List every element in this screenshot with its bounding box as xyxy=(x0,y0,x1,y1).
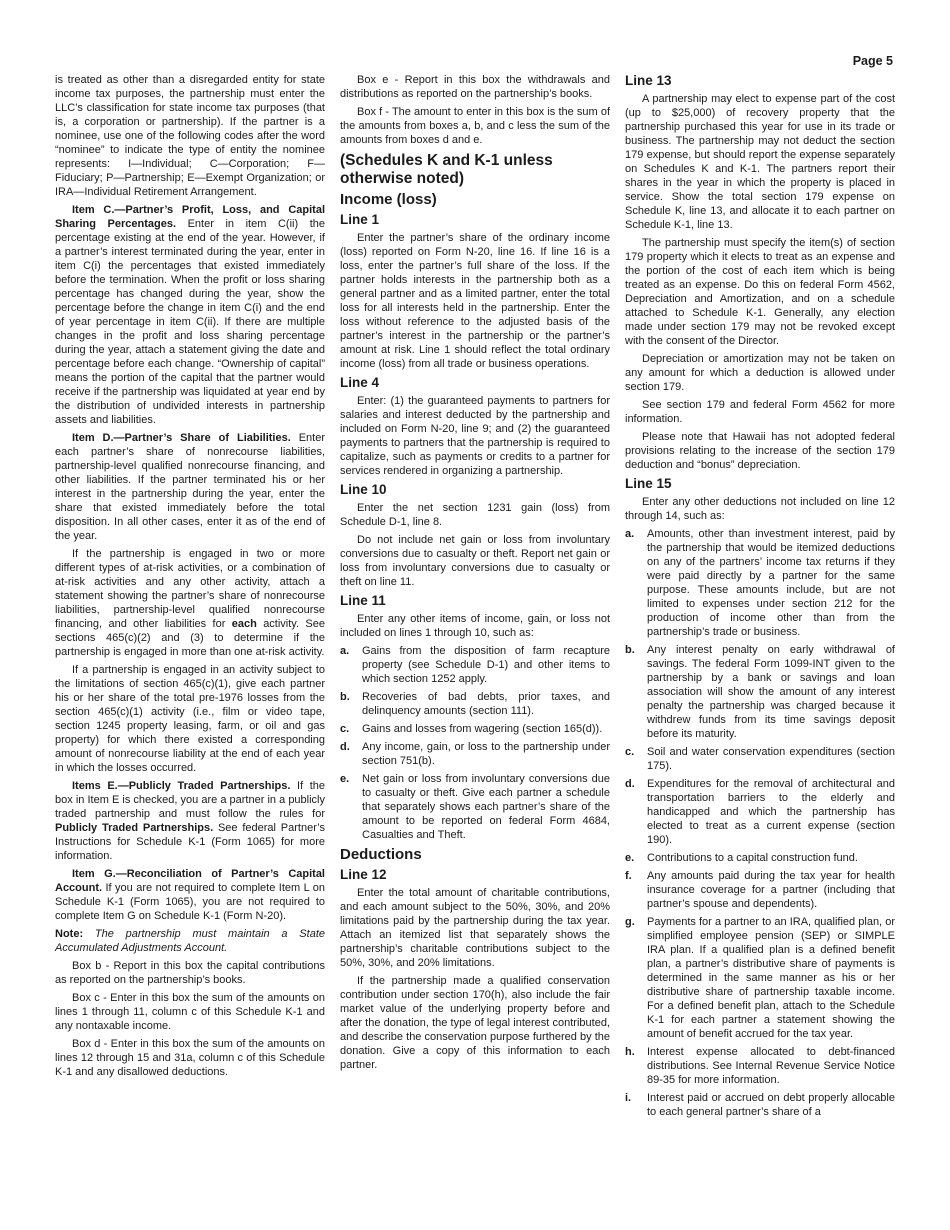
text-segment: Note: xyxy=(55,928,95,940)
paragraph: If a partnership is engaged in an activi… xyxy=(55,663,325,775)
columns-container: is treated as other than a disregarded e… xyxy=(55,73,895,1123)
paragraph: Box c - Enter in this box the sum of the… xyxy=(55,991,325,1033)
list-marker: f. xyxy=(625,869,647,911)
paragraph: Enter: (1) the guaranteed payments to pa… xyxy=(340,394,610,478)
text-segment: Enter the total amount of charitable con… xyxy=(340,887,610,969)
paragraph: Do not include net gain or loss from inv… xyxy=(340,533,610,589)
text-segment: The partnership must maintain a State Ac… xyxy=(55,928,325,954)
list-item: e.Contributions to a capital constructio… xyxy=(625,851,895,865)
line-heading: Line 15 xyxy=(625,476,895,491)
text-segment: Box e - Report in this box the withdrawa… xyxy=(340,74,610,100)
text-segment: Do not include net gain or loss from inv… xyxy=(340,534,610,588)
text-segment: If the partnership made a qualified cons… xyxy=(340,975,610,1071)
list-item-text: Expenditures for the removal of architec… xyxy=(647,777,895,847)
list-item-text: Any interest penalty on early withdrawal… xyxy=(647,643,895,741)
text-segment: Enter any other items of income, gain, o… xyxy=(340,613,610,639)
line-heading: Line 10 xyxy=(340,482,610,497)
text-segment: Gains from the disposition of farm recap… xyxy=(362,645,610,685)
text-segment: Expenditures for the removal of architec… xyxy=(647,778,895,846)
text-segment: Box f - The amount to enter in this box … xyxy=(340,106,610,146)
text-segment: A partnership may elect to expense part … xyxy=(625,93,895,231)
list-item: a.Amounts, other than investment interes… xyxy=(625,527,895,639)
text-segment: Gains and losses from wagering (section … xyxy=(362,723,602,735)
paragraph: Depreciation or amortization may not be … xyxy=(625,352,895,394)
paragraph: is treated as other than a disregarded e… xyxy=(55,73,325,199)
list-item: c.Soil and water conservation expenditur… xyxy=(625,745,895,773)
text-segment: Enter: (1) the guaranteed payments to pa… xyxy=(340,395,610,477)
list-item-text: Gains from the disposition of farm recap… xyxy=(362,644,610,686)
paragraph: Box d - Enter in this box the sum of the… xyxy=(55,1037,325,1079)
paragraph: Enter any other deductions not included … xyxy=(625,495,895,523)
list-item-text: Gains and losses from wagering (section … xyxy=(362,722,610,736)
line-heading: Line 1 xyxy=(340,212,610,227)
list-item-text: Recoveries of bad debts, prior taxes, an… xyxy=(362,690,610,718)
list-item: i.Interest paid or accrued on debt prope… xyxy=(625,1091,895,1119)
column-left: is treated as other than a disregarded e… xyxy=(55,73,325,1083)
list-item-text: Any amounts paid during the tax year for… xyxy=(647,869,895,911)
list-marker: b. xyxy=(625,643,647,741)
paragraph: Box e - Report in this box the withdrawa… xyxy=(340,73,610,101)
text-segment: Items E.—Publicly Traded Partnerships. xyxy=(72,780,297,792)
text-segment: Soil and water conservation expenditures… xyxy=(647,746,895,772)
list-marker: e. xyxy=(340,772,362,842)
line-heading: Line 12 xyxy=(340,867,610,882)
text-segment: Box b - Report in this box the capital c… xyxy=(55,960,325,986)
column-middle: Box e - Report in this box the withdrawa… xyxy=(340,73,610,1076)
text-segment: The partnership must specify the item(s)… xyxy=(625,237,895,347)
list-item: g.Payments for a partner to an IRA, qual… xyxy=(625,915,895,1041)
text-segment: Enter each partner’s share of nonrecours… xyxy=(55,432,325,542)
text-segment: Enter any other deductions not included … xyxy=(625,496,895,522)
paragraph: Note: The partnership must maintain a St… xyxy=(55,927,325,955)
category-heading: Income (loss) xyxy=(340,191,610,208)
paragraph: Item G.—Reconciliation of Partner’s Capi… xyxy=(55,867,325,923)
paragraph: Please note that Hawaii has not adopted … xyxy=(625,430,895,472)
list-item-text: Interest paid or accrued on debt properl… xyxy=(647,1091,895,1119)
paragraph: Item D.—Partner’s Share of Liabilities. … xyxy=(55,431,325,543)
paragraph: A partnership may elect to expense part … xyxy=(625,92,895,232)
text-segment: Interest expense allocated to debt-finan… xyxy=(647,1046,895,1086)
text-segment: Depreciation or amortization may not be … xyxy=(625,353,895,393)
category-heading: Deductions xyxy=(340,846,610,863)
paragraph: Box f - The amount to enter in this box … xyxy=(340,105,610,147)
text-segment: Item D.—Partner’s Share of Liabilities. xyxy=(72,432,299,444)
text-segment: Net gain or loss from involuntary conver… xyxy=(362,773,610,841)
list-item-text: Any income, gain, or loss to the partner… xyxy=(362,740,610,768)
list-item: a.Gains from the disposition of farm rec… xyxy=(340,644,610,686)
text-segment: See section 179 and federal Form 4562 fo… xyxy=(625,399,895,425)
text-segment: Publicly Traded Partnerships. xyxy=(55,822,218,834)
list-item-text: Soil and water conservation expenditures… xyxy=(647,745,895,773)
list-item: e.Net gain or loss from involuntary conv… xyxy=(340,772,610,842)
list-item: b.Recoveries of bad debts, prior taxes, … xyxy=(340,690,610,718)
list-marker: i. xyxy=(625,1091,647,1119)
list-marker: b. xyxy=(340,690,362,718)
text-segment: If a partnership is engaged in an activi… xyxy=(55,664,325,774)
text-segment: Enter in item C(ii) the percentage exist… xyxy=(55,218,325,426)
text-segment: Any income, gain, or loss to the partner… xyxy=(362,741,610,767)
text-segment: Payments for a partner to an IRA, qualif… xyxy=(647,916,895,1040)
text-segment: Box d - Enter in this box the sum of the… xyxy=(55,1038,325,1078)
list-item-text: Contributions to a capital construction … xyxy=(647,851,895,865)
list-marker: g. xyxy=(625,915,647,1041)
text-segment: Please note that Hawaii has not adopted … xyxy=(625,431,895,471)
list-item: h.Interest expense allocated to debt-fin… xyxy=(625,1045,895,1087)
section-heading: (Schedules K and K-1 unless otherwise no… xyxy=(340,152,610,187)
list-item: c.Gains and losses from wagering (sectio… xyxy=(340,722,610,736)
paragraph: See section 179 and federal Form 4562 fo… xyxy=(625,398,895,426)
list-marker: c. xyxy=(340,722,362,736)
paragraph: Item C.—Partner’s Profit, Loss, and Capi… xyxy=(55,203,325,427)
paragraph: Items E.—Publicly Traded Partnerships. I… xyxy=(55,779,325,863)
document-page: Page 5 is treated as other than a disreg… xyxy=(0,0,950,1230)
list-item-text: Amounts, other than investment interest,… xyxy=(647,527,895,639)
text-segment: each xyxy=(232,618,257,630)
paragraph: Box b - Report in this box the capital c… xyxy=(55,959,325,987)
list-item-text: Payments for a partner to an IRA, qualif… xyxy=(647,915,895,1041)
text-segment: Amounts, other than investment interest,… xyxy=(647,528,895,638)
list-marker: h. xyxy=(625,1045,647,1087)
paragraph: If the partnership is engaged in two or … xyxy=(55,547,325,659)
list-item: d.Expenditures for the removal of archit… xyxy=(625,777,895,847)
list-marker: a. xyxy=(340,644,362,686)
text-segment: Contributions to a capital construction … xyxy=(647,852,858,864)
text-segment: Enter the partner’s share of the ordinar… xyxy=(340,232,610,370)
list-marker: c. xyxy=(625,745,647,773)
paragraph: Enter the total amount of charitable con… xyxy=(340,886,610,970)
paragraph: Enter the net section 1231 gain (loss) f… xyxy=(340,501,610,529)
text-segment: Box c - Enter in this box the sum of the… xyxy=(55,992,325,1032)
list-marker: e. xyxy=(625,851,647,865)
text-segment: is treated as other than a disregarded e… xyxy=(55,74,325,198)
list-marker: d. xyxy=(340,740,362,768)
paragraph: The partnership must specify the item(s)… xyxy=(625,236,895,348)
text-segment: Enter the net section 1231 gain (loss) f… xyxy=(340,502,610,528)
line-heading: Line 4 xyxy=(340,375,610,390)
list-item: f.Any amounts paid during the tax year f… xyxy=(625,869,895,911)
column-right: Line 13A partnership may elect to expens… xyxy=(625,73,895,1123)
page-number: Page 5 xyxy=(853,54,893,68)
paragraph: If the partnership made a qualified cons… xyxy=(340,974,610,1072)
list-item: b.Any interest penalty on early withdraw… xyxy=(625,643,895,741)
line-heading: Line 13 xyxy=(625,73,895,88)
list-item: d.Any income, gain, or loss to the partn… xyxy=(340,740,610,768)
list-item-text: Interest expense allocated to debt-finan… xyxy=(647,1045,895,1087)
text-segment: Interest paid or accrued on debt properl… xyxy=(647,1092,895,1118)
paragraph: Enter the partner’s share of the ordinar… xyxy=(340,231,610,371)
text-segment: Recoveries of bad debts, prior taxes, an… xyxy=(362,691,610,717)
list-item-text: Net gain or loss from involuntary conver… xyxy=(362,772,610,842)
list-marker: d. xyxy=(625,777,647,847)
list-marker: a. xyxy=(625,527,647,639)
text-segment: Any amounts paid during the tax year for… xyxy=(647,870,895,910)
text-segment: Any interest penalty on early withdrawal… xyxy=(647,644,895,740)
paragraph: Enter any other items of income, gain, o… xyxy=(340,612,610,640)
line-heading: Line 11 xyxy=(340,593,610,608)
